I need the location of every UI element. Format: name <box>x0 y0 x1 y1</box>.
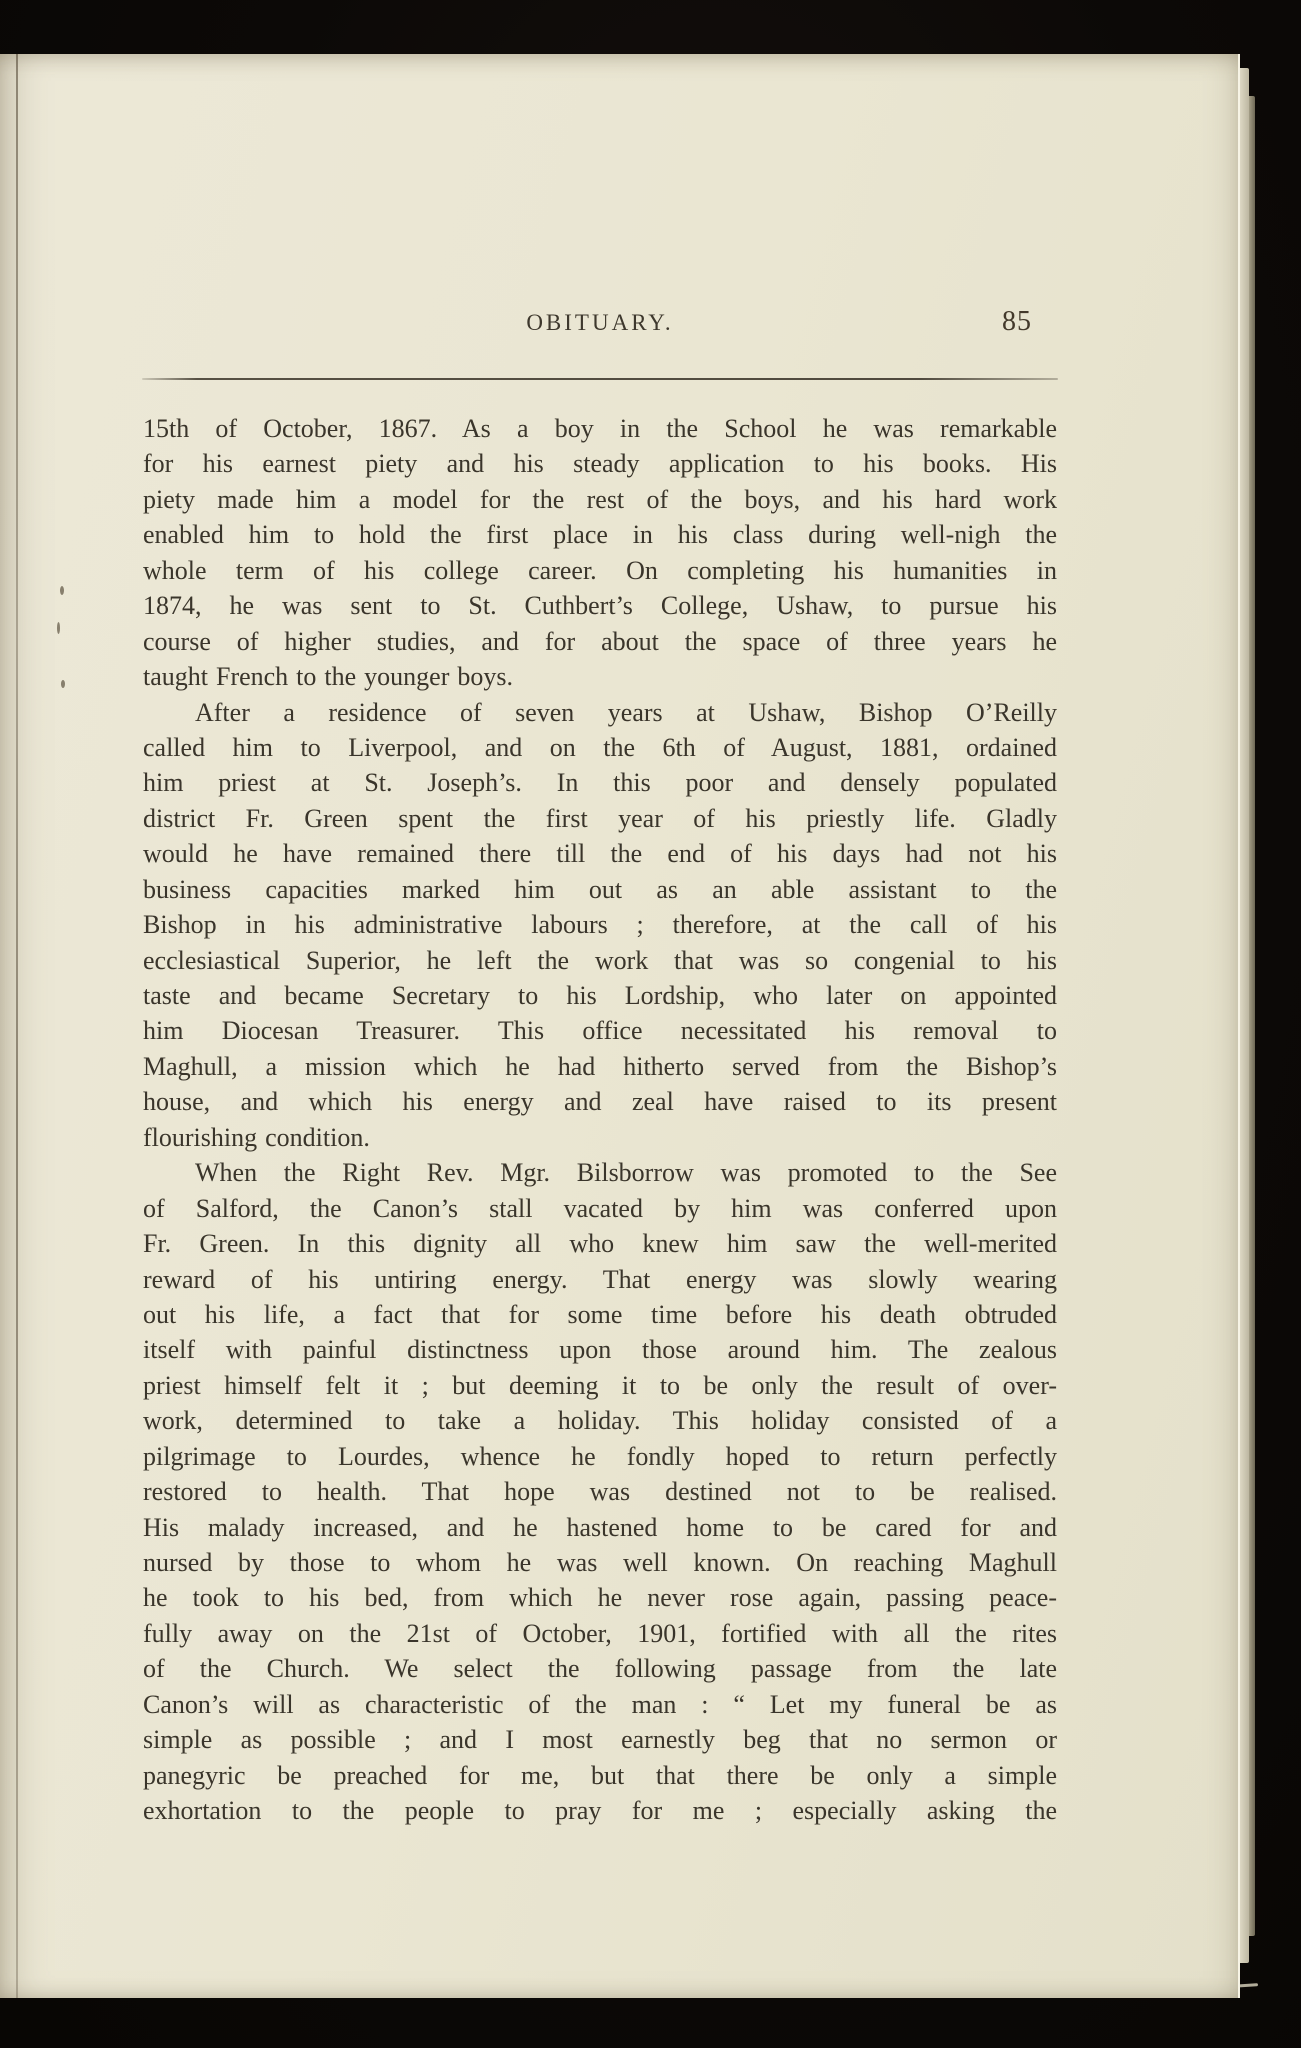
text-line: whole term of his college career. On com… <box>143 553 1057 588</box>
text-line: restored to health. That hope was destin… <box>143 1474 1057 1509</box>
text-line: Bishop in his administrative labours ; t… <box>143 907 1057 942</box>
text-line: flourishing condition. <box>143 1120 1057 1155</box>
text-line: pilgrimage to Lourdes, whence he fondly … <box>143 1439 1057 1474</box>
text-line: After a residence of seven years at Usha… <box>143 695 1057 730</box>
running-header-title: OBITUARY. <box>143 310 1057 336</box>
page-number: 85 <box>1002 306 1032 338</box>
text-line: Fr. Green. In this dignity all who knew … <box>143 1226 1057 1261</box>
text-line: When the Right Rev. Mgr. Bilsborrow was … <box>143 1155 1057 1190</box>
text-line: business capacities marked him out as an… <box>143 872 1057 907</box>
text-line: taste and became Secretary to his Lordsh… <box>143 978 1057 1013</box>
page-stack-edge <box>1240 68 1249 1963</box>
text-line: taught French to the younger boys. <box>143 659 1057 694</box>
ink-speck <box>61 680 65 688</box>
header-rule <box>142 378 1058 380</box>
text-line: exhortation to the people to pray for me… <box>143 1793 1057 1828</box>
text-line: house, and which his energy and zeal hav… <box>143 1084 1057 1119</box>
text-line: work, determined to take a holiday. This… <box>143 1403 1057 1438</box>
book-page: OBITUARY. 85 15th of October, 1867. As a… <box>0 54 1240 1998</box>
text-line: 1874, he was sent to St. Cuthbert’s Coll… <box>143 588 1057 623</box>
text-line: fully away on the 21st of October, 1901,… <box>143 1616 1057 1651</box>
text-line: would he have remained there till the en… <box>143 836 1057 871</box>
book-photo-background: OBITUARY. 85 15th of October, 1867. As a… <box>0 0 1301 2048</box>
text-line: ecclesiastical Superior, he left the wor… <box>143 943 1057 978</box>
text-line: him priest at St. Joseph’s. In this poor… <box>143 765 1057 800</box>
text-line: course of higher studies, and for about … <box>143 624 1057 659</box>
ink-speck <box>57 622 60 634</box>
text-line: him Diocesan Treasurer. This office nece… <box>143 1013 1057 1048</box>
text-line: itself with painful distinctness upon th… <box>143 1332 1057 1367</box>
text-line: he took to his bed, from which he never … <box>143 1580 1057 1615</box>
page-gutter-crease <box>16 54 18 1998</box>
text-line: district Fr. Green spent the first year … <box>143 801 1057 836</box>
book-cover-edge <box>1249 96 1255 1936</box>
text-line: piety made him a model for the rest of t… <box>143 482 1057 517</box>
text-line: panegyric be preached for me, but that t… <box>143 1758 1057 1793</box>
text-line: out his life, a fact that for some time … <box>143 1297 1057 1332</box>
text-line: His malady increased, and he hastened ho… <box>143 1510 1057 1545</box>
ink-speck <box>60 586 64 595</box>
text-line: Maghull, a mission which he had hitherto… <box>143 1049 1057 1084</box>
text-line: Canon’s will as characteristic of the ma… <box>143 1687 1057 1722</box>
text-line: enabled him to hold the first place in h… <box>143 517 1057 552</box>
obituary-text-block: 15th of October, 1867. As a boy in the S… <box>143 411 1057 1829</box>
text-line: simple as possible ; and I most earnestl… <box>143 1722 1057 1757</box>
text-line: of Salford, the Canon’s stall vacated by… <box>143 1191 1057 1226</box>
text-line: priest himself felt it ; but deeming it … <box>143 1368 1057 1403</box>
text-line: reward of his untiring energy. That ener… <box>143 1262 1057 1297</box>
text-line: 15th of October, 1867. As a boy in the S… <box>143 411 1057 446</box>
text-line: called him to Liverpool, and on the 6th … <box>143 730 1057 765</box>
text-line: for his earnest piety and his steady app… <box>143 446 1057 481</box>
text-line: nursed by those to whom he was well know… <box>143 1545 1057 1580</box>
text-line: of the Church. We select the following p… <box>143 1651 1057 1686</box>
